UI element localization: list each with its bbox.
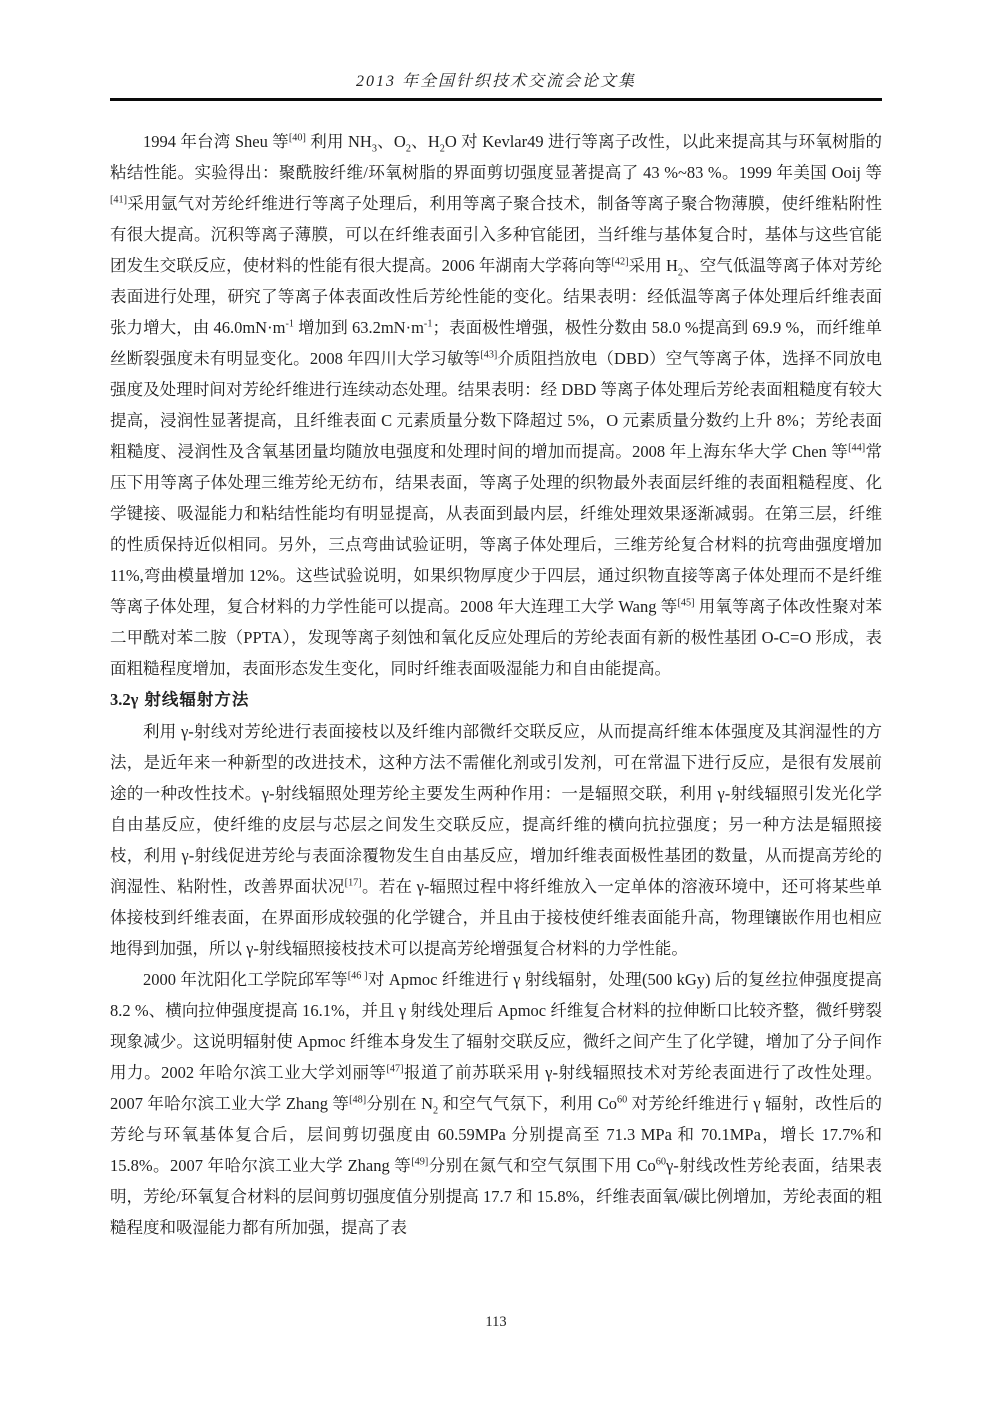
page-number: 113 <box>0 1314 992 1331</box>
proceedings-header-title: 2013 年全国针织技术交流会论文集 <box>110 68 882 91</box>
paragraph-gamma-ray-method: 利用 γ-射线对芳纶进行表面接枝以及纤维内部微纤交联反应，从而提高纤维本体强度及… <box>110 716 882 964</box>
page-header: 2013 年全国针织技术交流会论文集 <box>110 0 882 101</box>
paragraph-plasma-modification: 1994 年台湾 Sheu 等[40] 利用 NH3、O2、H2O 对 Kevl… <box>110 126 882 684</box>
header-rule <box>110 98 882 101</box>
paper-page: 2013 年全国针织技术交流会论文集 1994 年台湾 Sheu 等[40] 利… <box>0 0 992 1243</box>
section-heading-title: 射线辐射方法 <box>144 691 249 709</box>
section-heading-number: 3.2γ <box>110 690 138 709</box>
section-heading: 3.2γ射线辐射方法 <box>110 684 882 716</box>
paragraph-gamma-ray-studies: 2000 年沈阳化工学院邱军等[46 ]对 Apmoc 纤维进行 γ 射线辐射，… <box>110 964 882 1243</box>
document-body: 1994 年台湾 Sheu 等[40] 利用 NH3、O2、H2O 对 Kevl… <box>110 126 882 1243</box>
